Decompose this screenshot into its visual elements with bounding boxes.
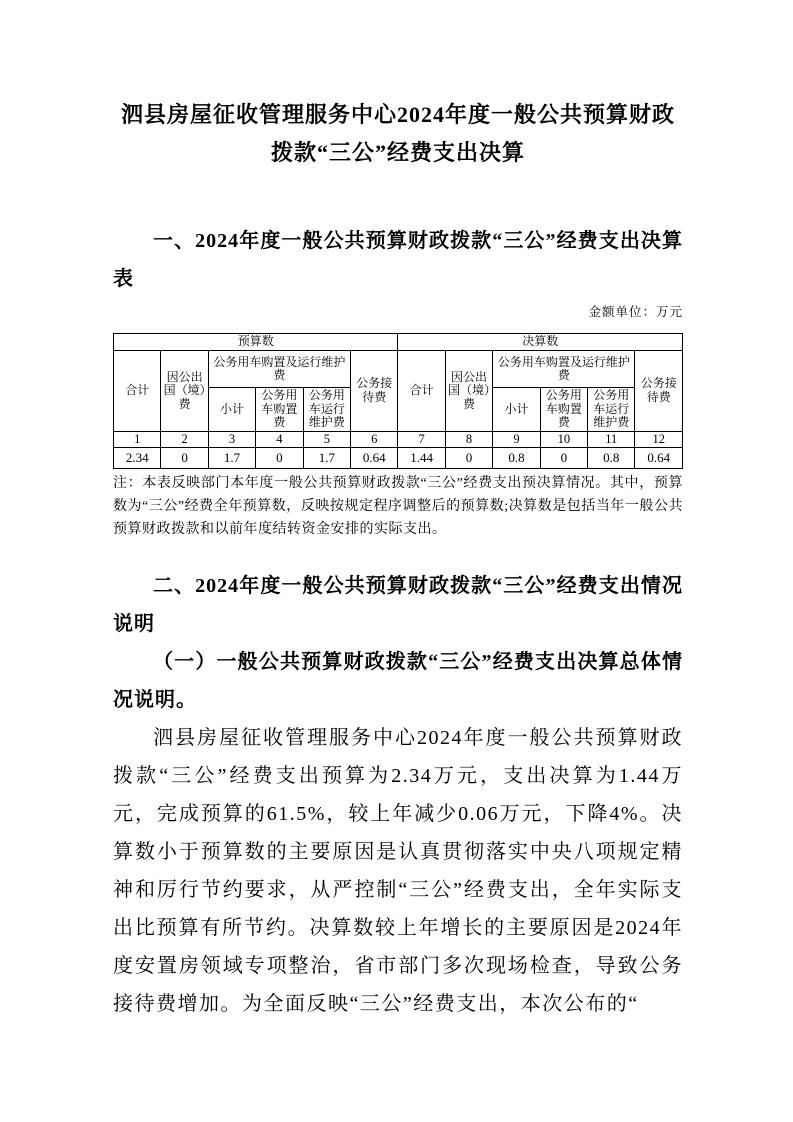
- table-value: 0: [445, 448, 492, 469]
- budget-group-header: 预算数: [114, 334, 398, 351]
- budget-reception-header: 公务接待费: [351, 351, 398, 432]
- table-value: 1.7: [303, 448, 350, 469]
- budget-vehicle-group-header: 公务用车购置及运行维护费: [208, 351, 350, 388]
- final-reception-header: 公务接待费: [635, 351, 683, 432]
- final-abroad-header: 因公出国（境）费: [445, 351, 492, 432]
- section1-heading: 一、2024年度一般公共预算财政拨款“三公”经费支出决算表: [113, 222, 683, 298]
- document-title: 泗县房屋征收管理服务中心2024年度一般公共预算财政拨款“三公”经费支出决算: [120, 96, 676, 172]
- table-col-number: 10: [540, 431, 587, 448]
- table-col-number: 3: [208, 431, 255, 448]
- table-column-number-row: 1 2 3 4 5 6 7 8 9 10 11 12: [114, 431, 683, 448]
- table-col-number: 12: [635, 431, 683, 448]
- three-public-expense-table: 预算数 决算数 合计 因公出国（境）费 公务用车购置及运行维护费 公务接待费 合…: [113, 333, 683, 469]
- table-col-number: 9: [493, 431, 540, 448]
- table-value: 1.7: [208, 448, 255, 469]
- budget-vehicle-operation-header: 公务用车运行维护费: [303, 388, 350, 432]
- document-page: 泗县房屋征收管理服务中心2024年度一般公共预算财政拨款“三公”经费支出决算 一…: [0, 0, 793, 1122]
- table-group-header-row: 预算数 决算数: [114, 334, 683, 351]
- table-col-number: 6: [351, 431, 398, 448]
- table-col-number: 8: [445, 431, 492, 448]
- budget-vehicle-subtotal-header: 小计: [208, 388, 255, 432]
- budget-vehicle-purchase-header: 公务用车购置费: [256, 388, 303, 432]
- table-col-number: 4: [256, 431, 303, 448]
- table-note: 注：本表反映部门本年度一般公共预算财政拨款“三公”经费支出预决算情况。其中，预算…: [113, 472, 683, 541]
- table-value: 0.8: [493, 448, 540, 469]
- table-col-number: 11: [588, 431, 635, 448]
- section2-heading: 二、2024年度一般公共预算财政拨款“三公”经费支出情况说明: [113, 567, 683, 643]
- table-value: 0: [540, 448, 587, 469]
- table-value-row: 2.34 0 1.7 0 1.7 0.64 1.44 0 0.8 0 0.8 0…: [114, 448, 683, 469]
- amount-unit-label: 金额单位：万元: [113, 304, 683, 321]
- final-group-header: 决算数: [398, 334, 683, 351]
- budget-abroad-header: 因公出国（境）费: [161, 351, 208, 432]
- final-vehicle-subtotal-header: 小计: [493, 388, 540, 432]
- table-value: 0: [256, 448, 303, 469]
- table-value: 2.34: [114, 448, 161, 469]
- final-vehicle-operation-header: 公务用车运行维护费: [588, 388, 635, 432]
- final-vehicle-purchase-header: 公务用车购置费: [540, 388, 587, 432]
- table-col-number: 5: [303, 431, 350, 448]
- table-col-number: 7: [398, 431, 445, 448]
- table-col-number: 2: [161, 431, 208, 448]
- final-total-header: 合计: [398, 351, 445, 432]
- section2-sub1-heading: （一）一般公共预算财政拨款“三公”经费支出决算总体情况说明。: [113, 643, 683, 719]
- table-value: 0.8: [588, 448, 635, 469]
- table-value: 0.64: [351, 448, 398, 469]
- table-value: 0: [161, 448, 208, 469]
- table-header-row-1: 合计 因公出国（境）费 公务用车购置及运行维护费 公务接待费 合计 因公出国（境…: [114, 351, 683, 388]
- table-value: 0.64: [635, 448, 683, 469]
- table-col-number: 1: [114, 431, 161, 448]
- table-value: 1.44: [398, 448, 445, 469]
- section2-paragraph: 泗县房屋征收管理服务中心2024年度一般公共预算财政拨款“三公”经费支出预算为2…: [113, 719, 683, 1023]
- budget-total-header: 合计: [114, 351, 161, 432]
- final-vehicle-group-header: 公务用车购置及运行维护费: [493, 351, 635, 388]
